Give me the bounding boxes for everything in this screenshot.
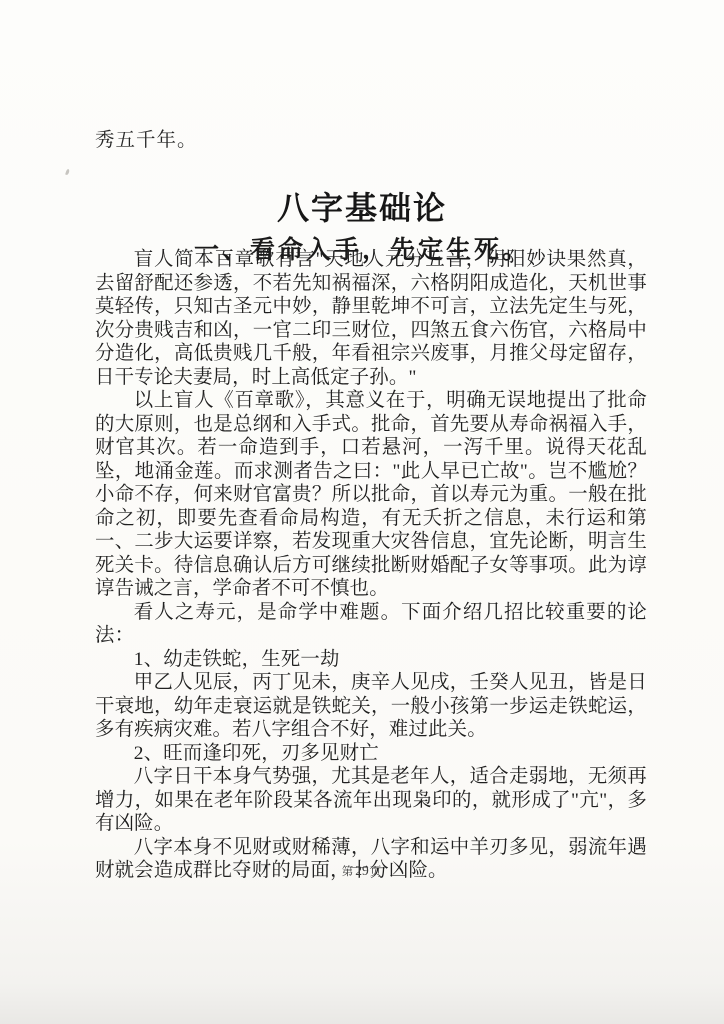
- body-text-column: 盲人简本百章歌有言"天地人元分五音，阴阳妙诀果然真，去留舒配还参透，不若先知祸福…: [95, 248, 647, 883]
- footer-prefix: 第: [342, 866, 355, 878]
- header-note: 秀五千年。: [95, 124, 198, 152]
- subheading-method-1: 1、幼走铁蛇，生死一劫: [95, 648, 647, 672]
- footer-suffix: 页: [370, 866, 383, 878]
- subheading-method-2: 2、旺而逢印死，刃多见财亡: [95, 742, 647, 766]
- paragraph-method-1-body: 甲乙人见辰，丙丁见未，庚辛人见戌，壬癸人见丑，皆是日干衰地，幼年走衰运就是铁蛇关…: [95, 671, 647, 742]
- paragraph-commentary: 以上盲人《百章歌》，其意义在于，明确无误地提出了批命的大原则，也是总纲和入手式。…: [95, 389, 647, 601]
- page-title: 八字基础论: [0, 183, 724, 229]
- scan-speckle-artifact: [65, 169, 70, 176]
- scanned-document-page: 秀五千年。 八字基础论 一、看命入手，先定生死。 盲人简本百章歌有言"天地人元分…: [0, 0, 724, 1024]
- page-number: 29: [354, 863, 370, 878]
- page-footer: 第29页: [0, 862, 724, 880]
- paragraph-intro-methods: 看人之寿元，是命学中难题。下面介绍几招比较重要的论法：: [95, 601, 647, 648]
- paragraph-blind-song: 盲人简本百章歌有言"天地人元分五音，阴阳妙诀果然真，去留舒配还参透，不若先知祸福…: [95, 248, 647, 389]
- paragraph-method-2-body: 八字日干本身气势强，尤其是老年人，适合走弱地，无须再增力，如果在老年阶段某各流年…: [95, 765, 647, 836]
